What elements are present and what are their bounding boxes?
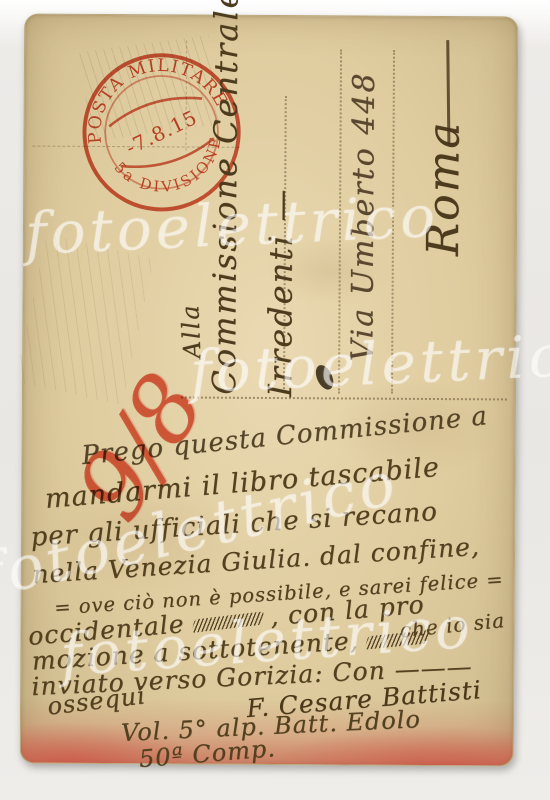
postcard: · POSTA MILITARE · 5a DIVISIONE -7.8.15 … bbox=[20, 13, 519, 766]
address-block: Alla Commissione Centrale Irredenti — Vi… bbox=[171, 30, 523, 402]
scratched-word bbox=[191, 611, 264, 633]
address-recipient: Commissione Centrale bbox=[205, 0, 245, 395]
address-salutation: Alla bbox=[176, 303, 207, 359]
address-recipient-2: Irredenti — bbox=[261, 187, 300, 397]
address-city: Roma bbox=[418, 120, 470, 256]
address-city-flourish bbox=[446, 40, 450, 144]
address-street: Via Umberto 448 bbox=[345, 71, 382, 361]
postcard-photo: · POSTA MILITARE · 5a DIVISIONE -7.8.15 … bbox=[0, 0, 550, 800]
